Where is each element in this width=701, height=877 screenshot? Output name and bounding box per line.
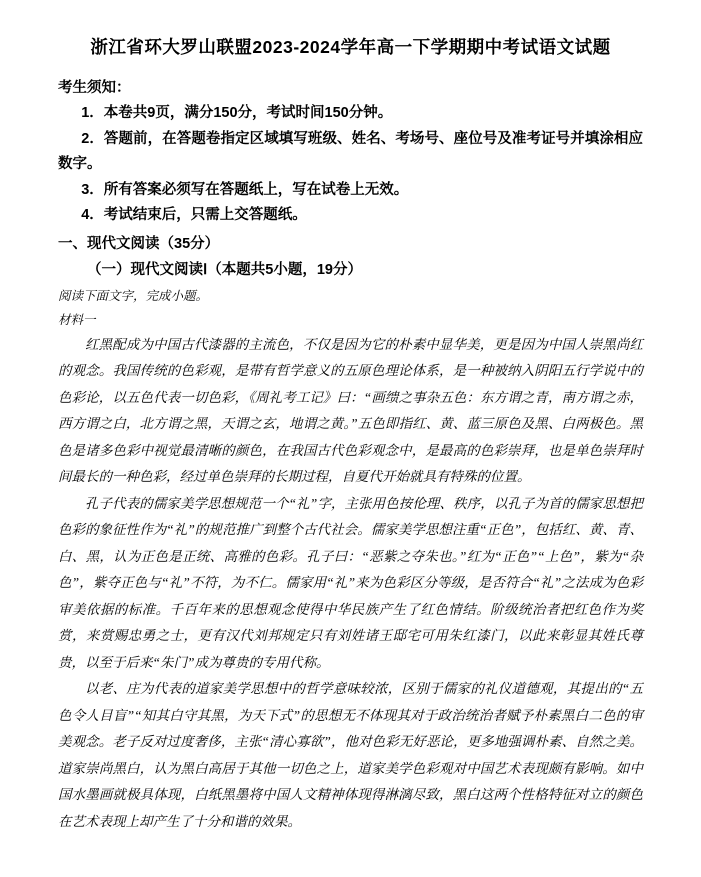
notice-heading: 考生须知： [58,76,643,101]
reading-instruction: 阅读下面文字，完成小题。 [58,284,643,308]
subsection-heading-reading-1: （一）现代文阅读Ⅰ（本题共5小题，19分） [58,257,643,283]
section-heading-modern-reading: 一、现代文阅读（35分） [58,231,643,257]
material-paragraph-2: 孔子代表的儒家美学思想规范一个“礼”字，主张用色按伦理、秩序，以孔子为首的儒家思… [58,491,643,677]
exam-paper-page: 浙江省环大罗山联盟2023-2024学年高一下学期期中考试语文试题 考生须知： … [0,0,701,877]
notice-item-4: 4．考试结束后，只需上交答题纸。 [58,203,643,229]
notice-item-2: 2．答题前，在答题卷指定区域填写班级、姓名、考场号、座位号及准考证号并填涂相应数… [58,127,643,178]
material-one-label: 材料一 [58,308,643,332]
candidate-notice: 考生须知： 1．本卷共9页，满分150分，考试时间150分钟。 2．答题前，在答… [58,76,643,229]
material-paragraph-1: 红黑配成为中国古代漆器的主流色，不仅是因为它的朴素中显华美，更是因为中国人崇黑尚… [58,332,643,491]
page-title: 浙江省环大罗山联盟2023-2024学年高一下学期期中考试语文试题 [58,34,643,60]
notice-item-1: 1．本卷共9页，满分150分，考试时间150分钟。 [58,101,643,127]
notice-item-3: 3．所有答案必须写在答题纸上，写在试卷上无效。 [58,178,643,204]
material-paragraph-3: 以老、庄为代表的道家美学思想中的哲学意味较浓，区别于儒家的礼仪道德观，其提出的“… [58,676,643,835]
